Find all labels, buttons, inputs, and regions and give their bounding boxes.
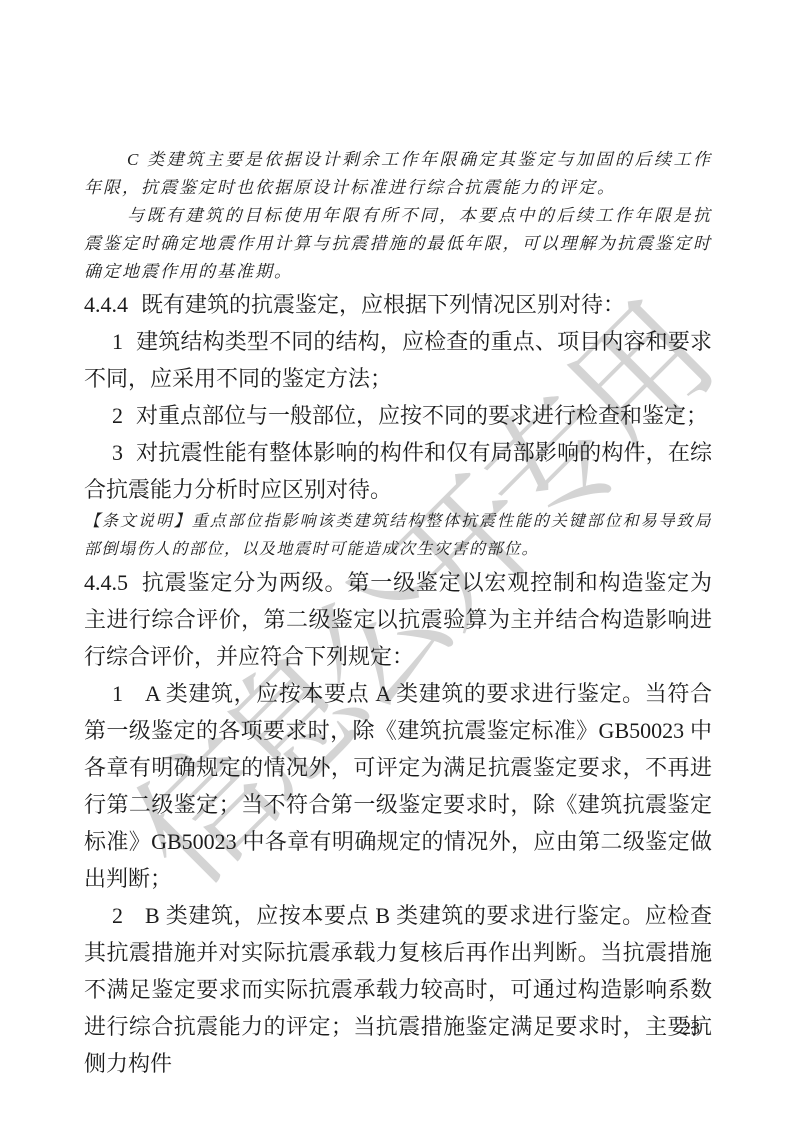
list-item: 1建筑结构类型不同的结构，应检查的重点、项目内容和要求不同，应采用不同的鉴定方法… bbox=[84, 323, 712, 397]
clause-number: 4.4.4 bbox=[84, 292, 128, 317]
clause-text: 抗震鉴定分为两级。第一级鉴定以宏观控制和构造鉴定为主进行综合评价，第二级鉴定以抗… bbox=[84, 570, 712, 669]
item-number: 1 bbox=[112, 681, 123, 706]
document-content: C 类建筑主要是依据设计剩余工作年限确定其鉴定与加固的后续工作年限，抗震鉴定时也… bbox=[84, 146, 712, 1082]
document-page: 信息公开专用 C 类建筑主要是依据设计剩余工作年限确定其鉴定与加固的后续工作年限… bbox=[0, 0, 800, 1131]
item-text: 建筑结构类型不同的结构，应检查的重点、项目内容和要求不同，应采用不同的鉴定方法； bbox=[84, 329, 712, 391]
item-number: 3 bbox=[112, 440, 123, 465]
list-item: 2B 类建筑，应按本要点 B 类建筑的要求进行鉴定。应检查其抗震措施并对实际抗震… bbox=[84, 897, 712, 1082]
item-text: 对抗震性能有整体影响的构件和仅有局部影响的构件，在综合抗震能力分析时应区别对待。 bbox=[84, 440, 712, 502]
clause-text: 既有建筑的抗震鉴定，应根据下列情况区别对待： bbox=[141, 292, 625, 317]
list-item: 3对抗震性能有整体影响的构件和仅有局部影响的构件，在综合抗震能力分析时应区别对待… bbox=[84, 434, 712, 508]
note-paragraph: 【条文说明】重点部位指影响该类建筑结构整体抗震性能的关键部位和易导致局部倒塌伤人… bbox=[84, 508, 712, 564]
item-text: A 类建筑，应按本要点 A 类建筑的要求进行鉴定。当符合第一级鉴定的各项要求时，… bbox=[84, 681, 712, 891]
commentary-paragraph: 与既有建筑的目标使用年限有所不同，本要点中的后续工作年限是抗震鉴定时确定地震作用… bbox=[84, 202, 712, 286]
item-text: 对重点部位与一般部位，应按不同的要求进行检查和鉴定； bbox=[136, 403, 708, 428]
note-label: 【条文说明】 bbox=[84, 513, 192, 530]
clause-4-4-5: 4.4.5抗震鉴定分为两级。第一级鉴定以宏观控制和构造鉴定为主进行综合评价，第二… bbox=[84, 564, 712, 675]
item-number: 1 bbox=[112, 329, 123, 354]
list-item: 2对重点部位与一般部位，应按不同的要求进行检查和鉴定； bbox=[84, 397, 712, 434]
page-number: 23 bbox=[682, 1018, 700, 1039]
item-number: 2 bbox=[112, 903, 123, 928]
commentary-paragraph: C 类建筑主要是依据设计剩余工作年限确定其鉴定与加固的后续工作年限，抗震鉴定时也… bbox=[84, 146, 712, 202]
clause-4-4-4: 4.4.4既有建筑的抗震鉴定，应根据下列情况区别对待： bbox=[84, 286, 712, 323]
item-text: B 类建筑，应按本要点 B 类建筑的要求进行鉴定。应检查其抗震措施并对实际抗震承… bbox=[84, 903, 712, 1076]
item-number: 2 bbox=[112, 403, 123, 428]
list-item: 1A 类建筑，应按本要点 A 类建筑的要求进行鉴定。当符合第一级鉴定的各项要求时… bbox=[84, 675, 712, 897]
clause-number: 4.4.5 bbox=[84, 570, 128, 595]
